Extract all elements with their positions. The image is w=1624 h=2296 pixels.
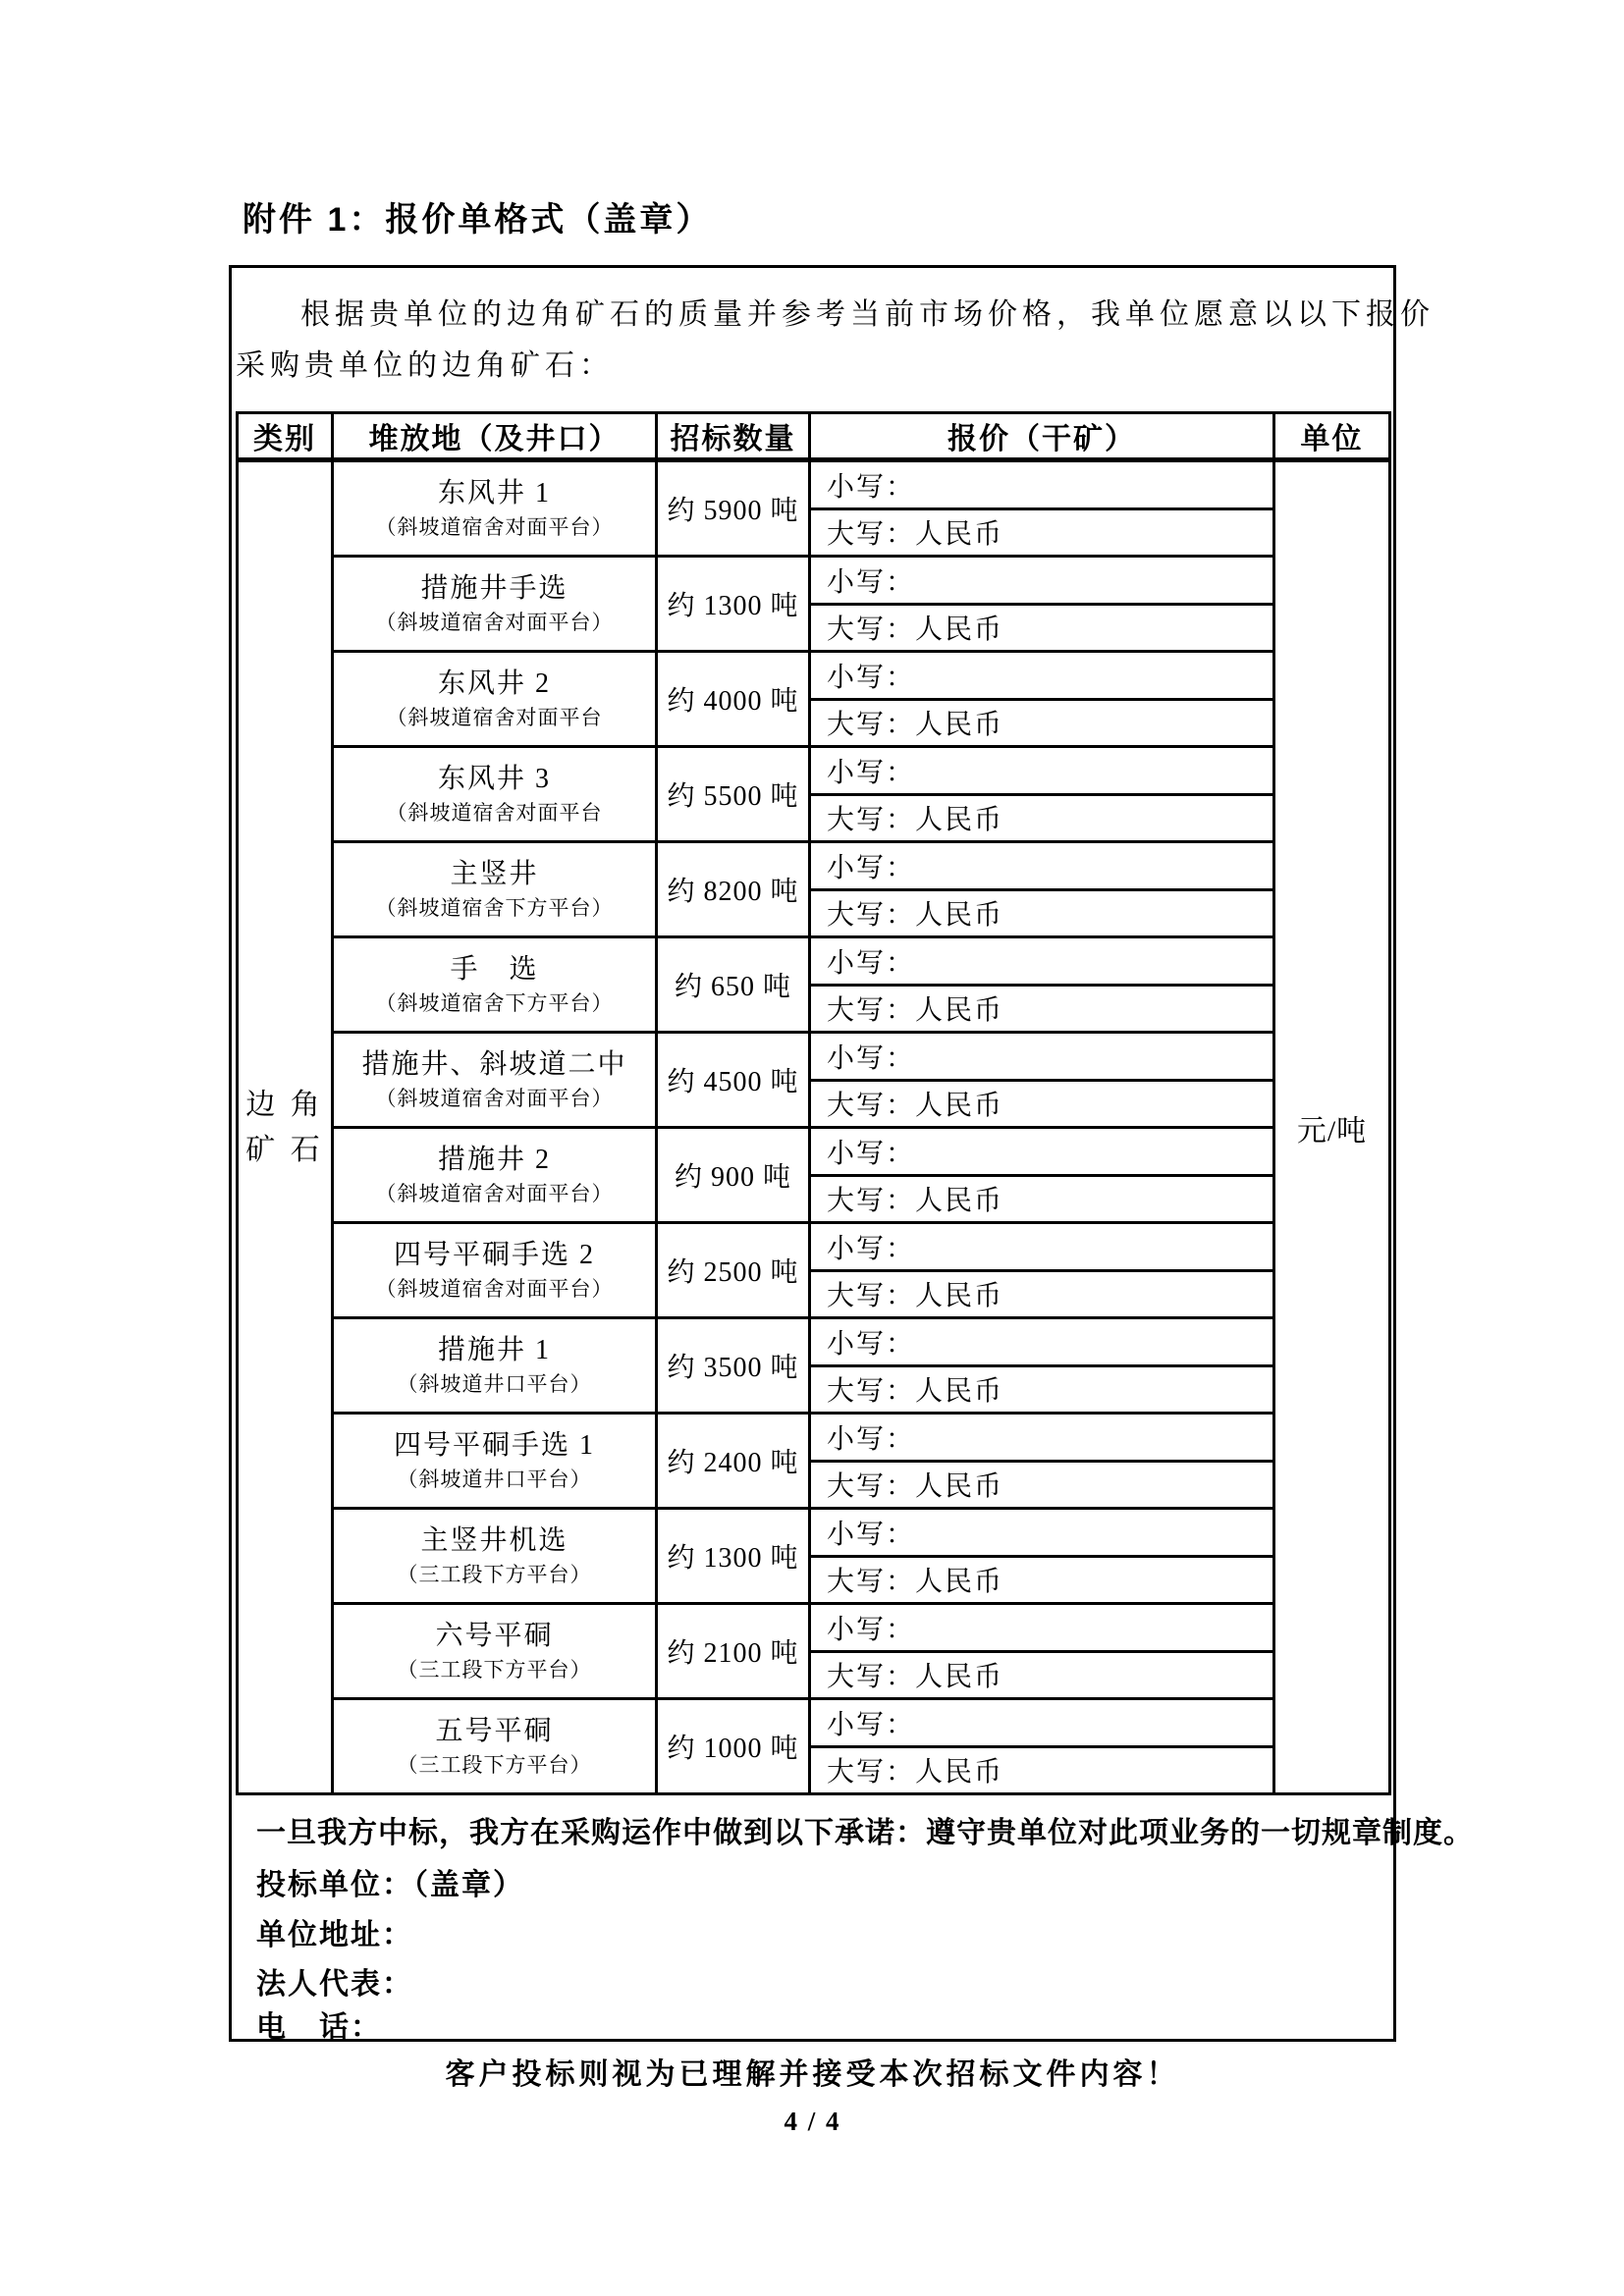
price-big-row: 大写：人民币 <box>811 1653 1272 1698</box>
price-small-row: 小写： <box>811 1415 1272 1463</box>
location-sub: （斜坡道宿舍下方平台） <box>334 894 655 922</box>
price-small-row: 小写： <box>811 1224 1272 1272</box>
table-row: 四号平硐手选 1（斜坡道井口平台）约 2400 吨小写：大写：人民币 <box>238 1414 1390 1509</box>
price-cell: 小写：大写：人民币 <box>810 1033 1274 1128</box>
price-cell: 小写：大写：人民币 <box>810 1699 1274 1794</box>
quantity-cell: 约 1000 吨 <box>657 1699 810 1794</box>
bidder-name-field: 投标单位：（盖章） <box>256 1860 524 1903</box>
price-wrap: 小写：大写：人民币 <box>811 558 1272 650</box>
price-big-row: 大写：人民币 <box>811 510 1272 556</box>
price-cell: 小写：大写：人民币 <box>810 557 1274 652</box>
price-big-row: 大写：人民币 <box>811 1082 1272 1127</box>
price-small-row: 小写： <box>811 653 1272 701</box>
quantity-cell: 约 1300 吨 <box>657 557 810 652</box>
table-row: 边 角矿 石东风井 1（斜坡道宿舍对面平台）约 5900 吨小写：大写：人民币元… <box>238 460 1390 557</box>
column-header-location: 堆放地（及井口） <box>333 413 657 460</box>
table-row: 四号平硐手选 2（斜坡道宿舍对面平台）约 2500 吨小写：大写：人民币 <box>238 1223 1390 1318</box>
location-name: 主竖井 <box>334 858 655 891</box>
price-small-row: 小写： <box>811 1605 1272 1653</box>
unit-cell: 元/吨 <box>1274 460 1390 1794</box>
price-wrap: 小写：大写：人民币 <box>811 843 1272 935</box>
page-number: 4 / 4 <box>229 2107 1396 2137</box>
location-name: 措施井、斜坡道二中 <box>334 1048 655 1082</box>
form-border: 根据贵单位的边角矿石的质量并参考当前市场价格，我单位愿意以以下报价 采购贵单位的… <box>229 265 1396 2042</box>
location-name: 四号平硐手选 2 <box>334 1239 655 1272</box>
location-sub: （三工段下方平台） <box>334 1561 655 1588</box>
location-cell: 东风井 2（斜坡道宿舍对面平台 <box>333 652 657 747</box>
table-row: 手 选（斜坡道宿舍下方平台）约 650 吨小写：大写：人民币 <box>238 937 1390 1033</box>
location-sub: （斜坡道井口平台） <box>334 1370 655 1398</box>
price-small-row: 小写： <box>811 1129 1272 1177</box>
phone-field: 电 话： <box>256 2002 382 2046</box>
price-small-row: 小写： <box>811 1510 1272 1558</box>
company-address-field: 单位地址： <box>256 1910 413 1953</box>
location-cell: 措施井 2（斜坡道宿舍对面平台） <box>333 1128 657 1223</box>
price-cell: 小写：大写：人民币 <box>810 747 1274 842</box>
location-name: 六号平硐 <box>334 1620 655 1653</box>
price-wrap: 小写：大写：人民币 <box>811 1034 1272 1126</box>
price-small-row: 小写： <box>811 748 1272 796</box>
price-small-row: 小写： <box>811 558 1272 606</box>
table-row: 东风井 2（斜坡道宿舍对面平台约 4000 吨小写：大写：人民币 <box>238 652 1390 747</box>
location-name: 措施井手选 <box>334 572 655 606</box>
location-cell: 东风井 3（斜坡道宿舍对面平台 <box>333 747 657 842</box>
table-row: 措施井、斜坡道二中（斜坡道宿舍对面平台）约 4500 吨小写：大写：人民币 <box>238 1033 1390 1128</box>
page-title: 附件 1：报价单格式（盖章） <box>243 192 712 240</box>
price-big-row: 大写：人民币 <box>811 1367 1272 1413</box>
price-big-row: 大写：人民币 <box>811 606 1272 651</box>
column-header-quantity: 招标数量 <box>657 413 810 460</box>
location-sub: （斜坡道宿舍下方平台） <box>334 989 655 1017</box>
quantity-cell: 约 4500 吨 <box>657 1033 810 1128</box>
price-cell: 小写：大写：人民币 <box>810 1223 1274 1318</box>
price-cell: 小写：大写：人民币 <box>810 652 1274 747</box>
table-row: 五号平硐（三工段下方平台）约 1000 吨小写：大写：人民币 <box>238 1699 1390 1794</box>
price-cell: 小写：大写：人民币 <box>810 1509 1274 1604</box>
quantity-cell: 约 1300 吨 <box>657 1509 810 1604</box>
table-row: 措施井手选（斜坡道宿舍对面平台）约 1300 吨小写：大写：人民币 <box>238 557 1390 652</box>
quantity-cell: 约 2500 吨 <box>657 1223 810 1318</box>
location-cell: 措施井、斜坡道二中（斜坡道宿舍对面平台） <box>333 1033 657 1128</box>
price-small-row: 小写： <box>811 1319 1272 1367</box>
location-cell: 东风井 1（斜坡道宿舍对面平台） <box>333 460 657 557</box>
price-big-row: 大写：人民币 <box>811 796 1272 841</box>
document-page: 附件 1：报价单格式（盖章） 根据贵单位的边角矿石的质量并参考当前市场价格，我单… <box>0 0 1624 2296</box>
category-cell: 边 角矿 石 <box>238 460 333 1794</box>
price-cell: 小写：大写：人民币 <box>810 1128 1274 1223</box>
intro-line-1: 根据贵单位的边角矿石的质量并参考当前市场价格，我单位愿意以以下报价 <box>236 290 1386 341</box>
price-wrap: 小写：大写：人民币 <box>811 653 1272 745</box>
location-cell: 六号平硐（三工段下方平台） <box>333 1604 657 1699</box>
price-wrap: 小写：大写：人民币 <box>811 1510 1272 1602</box>
table-row: 主竖井机选（三工段下方平台）约 1300 吨小写：大写：人民币 <box>238 1509 1390 1604</box>
price-wrap: 小写：大写：人民币 <box>811 748 1272 840</box>
location-name: 东风井 3 <box>334 763 655 796</box>
price-big-row: 大写：人民币 <box>811 891 1272 936</box>
quantity-cell: 约 5500 吨 <box>657 747 810 842</box>
price-cell: 小写：大写：人民币 <box>810 1414 1274 1509</box>
bid-table-body: 边 角矿 石东风井 1（斜坡道宿舍对面平台）约 5900 吨小写：大写：人民币元… <box>238 460 1390 1794</box>
location-sub: （斜坡道宿舍对面平台） <box>334 609 655 636</box>
price-big-row: 大写：人民币 <box>811 701 1272 746</box>
quantity-cell: 约 900 吨 <box>657 1128 810 1223</box>
table-row: 六号平硐（三工段下方平台）约 2100 吨小写：大写：人民币 <box>238 1604 1390 1699</box>
location-name: 四号平硐手选 1 <box>334 1429 655 1463</box>
location-cell: 主竖井机选（三工段下方平台） <box>333 1509 657 1604</box>
intro-line-2: 采购贵单位的边角矿石： <box>236 341 1386 392</box>
column-header-price: 报价（干矿） <box>810 413 1274 460</box>
quantity-cell: 约 5900 吨 <box>657 460 810 557</box>
quantity-cell: 约 8200 吨 <box>657 842 810 937</box>
location-name: 东风井 2 <box>334 667 655 701</box>
price-wrap: 小写：大写：人民币 <box>811 938 1272 1031</box>
price-wrap: 小写：大写：人民币 <box>811 1129 1272 1221</box>
price-big-row: 大写：人民币 <box>811 1463 1272 1508</box>
quantity-cell: 约 2100 吨 <box>657 1604 810 1699</box>
price-wrap: 小写：大写：人民币 <box>811 1319 1272 1412</box>
price-small-row: 小写： <box>811 462 1272 510</box>
table-row: 措施井 1（斜坡道井口平台）约 3500 吨小写：大写：人民币 <box>238 1318 1390 1414</box>
location-name: 措施井 1 <box>334 1334 655 1367</box>
price-wrap: 小写：大写：人民币 <box>811 1415 1272 1507</box>
category-label: 矿 石 <box>239 1128 331 1173</box>
location-sub: （三工段下方平台） <box>334 1656 655 1683</box>
table-row: 东风井 3（斜坡道宿舍对面平台约 5500 吨小写：大写：人民币 <box>238 747 1390 842</box>
intro-paragraph: 根据贵单位的边角矿石的质量并参考当前市场价格，我单位愿意以以下报价 采购贵单位的… <box>236 290 1386 392</box>
quantity-cell: 约 4000 吨 <box>657 652 810 747</box>
table-row: 措施井 2（斜坡道宿舍对面平台）约 900 吨小写：大写：人民币 <box>238 1128 1390 1223</box>
price-cell: 小写：大写：人民币 <box>810 937 1274 1033</box>
location-sub: （斜坡道宿舍对面平台 <box>334 799 655 827</box>
location-sub: （斜坡道井口平台） <box>334 1466 655 1493</box>
price-big-row: 大写：人民币 <box>811 1272 1272 1317</box>
location-sub: （斜坡道宿舍对面平台） <box>334 1085 655 1112</box>
price-cell: 小写：大写：人民币 <box>810 842 1274 937</box>
location-cell: 四号平硐手选 1（斜坡道井口平台） <box>333 1414 657 1509</box>
price-cell: 小写：大写：人民币 <box>810 1318 1274 1414</box>
price-cell: 小写：大写：人民币 <box>810 1604 1274 1699</box>
bid-table: 类别 堆放地（及井口） 招标数量 报价（干矿） 单位 边 角矿 石东风井 1（斜… <box>236 411 1391 1795</box>
legal-representative-field: 法人代表： <box>256 1959 413 2002</box>
price-wrap: 小写：大写：人民币 <box>811 1605 1272 1697</box>
price-wrap: 小写：大写：人民币 <box>811 1700 1272 1792</box>
location-sub: （斜坡道宿舍对面平台） <box>334 513 655 541</box>
price-small-row: 小写： <box>811 1700 1272 1748</box>
category-label: 边 角 <box>239 1083 331 1128</box>
location-cell: 五号平硐（三工段下方平台） <box>333 1699 657 1794</box>
location-cell: 主竖井（斜坡道宿舍下方平台） <box>333 842 657 937</box>
location-cell: 措施井 1（斜坡道井口平台） <box>333 1318 657 1414</box>
promise-statement: 一旦我方中标，我方在采购运作中做到以下承诺：遵守贵单位对此项业务的一切规章制度。 <box>256 1808 1395 1851</box>
price-big-row: 大写：人民币 <box>811 1177 1272 1222</box>
price-wrap: 小写：大写：人民币 <box>811 1224 1272 1316</box>
location-name: 手 选 <box>334 953 655 987</box>
quantity-cell: 约 650 吨 <box>657 937 810 1033</box>
price-big-row: 大写：人民币 <box>811 1558 1272 1603</box>
price-small-row: 小写： <box>811 938 1272 987</box>
price-big-row: 大写：人民币 <box>811 987 1272 1032</box>
quantity-cell: 约 3500 吨 <box>657 1318 810 1414</box>
table-row: 主竖井（斜坡道宿舍下方平台）约 8200 吨小写：大写：人民币 <box>238 842 1390 937</box>
location-name: 东风井 1 <box>334 477 655 510</box>
location-sub: （三工段下方平台） <box>334 1751 655 1779</box>
table-header-row: 类别 堆放地（及井口） 招标数量 报价（干矿） 单位 <box>238 413 1390 460</box>
quantity-cell: 约 2400 吨 <box>657 1414 810 1509</box>
location-cell: 措施井手选（斜坡道宿舍对面平台） <box>333 557 657 652</box>
price-big-row: 大写：人民币 <box>811 1748 1272 1793</box>
location-cell: 手 选（斜坡道宿舍下方平台） <box>333 937 657 1033</box>
closing-note: 客户投标则视为已理解并接受本次招标文件内容！ <box>229 2050 1396 2093</box>
location-name: 措施井 2 <box>334 1144 655 1177</box>
location-sub: （斜坡道宿舍对面平台） <box>334 1180 655 1207</box>
price-small-row: 小写： <box>811 1034 1272 1082</box>
location-name: 五号平硐 <box>334 1715 655 1748</box>
price-wrap: 小写：大写：人民币 <box>811 462 1272 555</box>
column-header-category: 类别 <box>238 413 333 460</box>
price-cell: 小写：大写：人民币 <box>810 460 1274 557</box>
location-sub: （斜坡道宿舍对面平台） <box>334 1275 655 1303</box>
location-sub: （斜坡道宿舍对面平台 <box>334 704 655 731</box>
location-name: 主竖井机选 <box>334 1524 655 1558</box>
price-small-row: 小写： <box>811 843 1272 891</box>
column-header-unit: 单位 <box>1274 413 1390 460</box>
location-cell: 四号平硐手选 2（斜坡道宿舍对面平台） <box>333 1223 657 1318</box>
